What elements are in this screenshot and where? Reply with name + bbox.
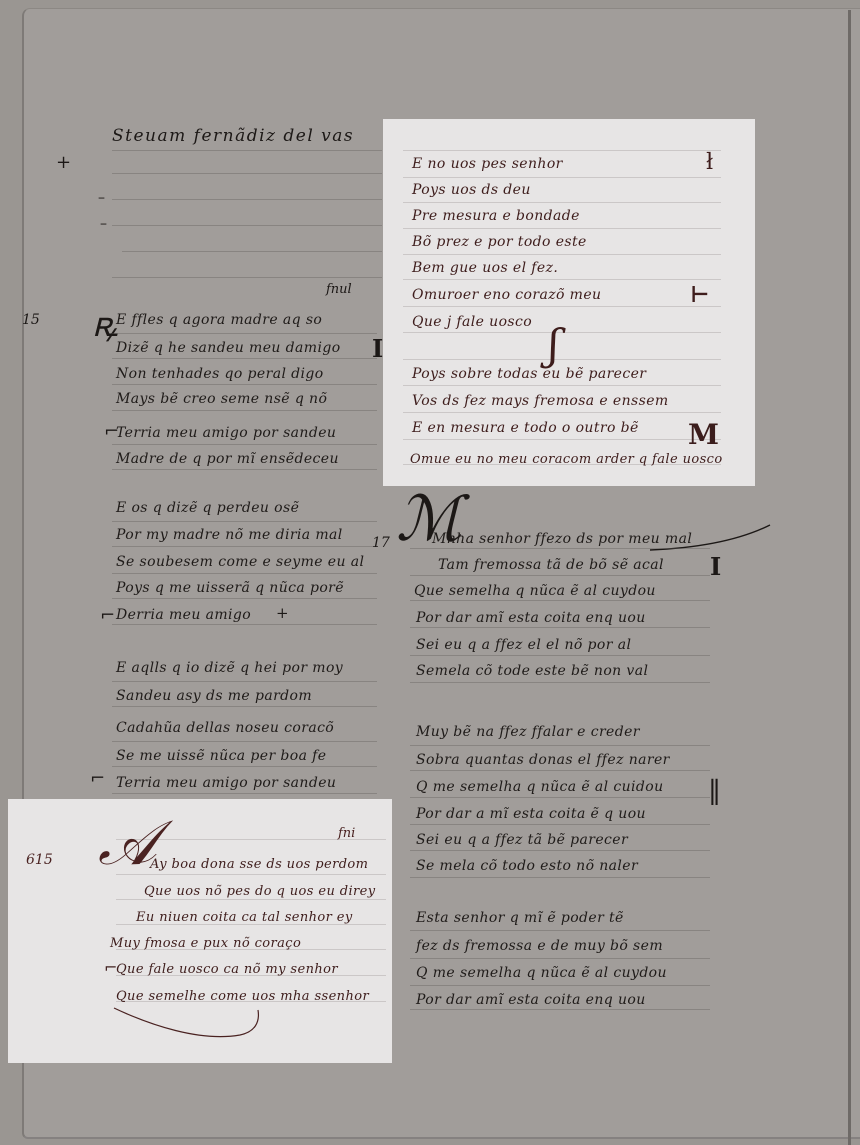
margin-capital: M <box>688 418 719 451</box>
verse-line: Esta senhor q mĩ ẽ poder tẽ <box>416 910 624 926</box>
cross-mark: + <box>56 152 71 173</box>
ruling-line <box>410 824 710 825</box>
verse-line: Bõ prez e por todo este <box>412 234 587 250</box>
flourish-line <box>110 1000 270 1045</box>
ruling-line <box>112 173 382 174</box>
verse-line: Por dar amĩ esta coita enq uou <box>416 992 646 1008</box>
ruling-line <box>112 681 377 682</box>
ruling-line <box>410 548 710 549</box>
poem-number: 15 <box>22 312 40 328</box>
verse-line: fez ds fremossa e de muy bõ sem <box>416 938 663 954</box>
ruling-line <box>112 598 377 599</box>
ruling-line <box>410 1009 710 1010</box>
ruling-line <box>112 199 382 200</box>
verse-line: Tam fremossa tã de bõ sẽ acal <box>438 557 664 573</box>
ruling-line <box>112 358 377 359</box>
verse-line: Poys uos ds deu <box>412 182 531 198</box>
verse-line: E en mesura e todo o outro bẽ <box>412 420 639 436</box>
verse-line: Ay boa dona sse ds uos perdom <box>150 857 368 872</box>
verse-line: Q me semelha q nũca ẽ al cuidou <box>416 779 664 795</box>
verse-line: Semela cõ tode este bẽ non val <box>416 663 648 679</box>
verse-line: Eu niuen coita ca tal senhor ey <box>136 910 353 925</box>
verse-line: E no uos pes senhor <box>412 156 563 172</box>
poem-number: 17 <box>372 535 390 551</box>
verse-line: Omue eu no meu coracom arder q fale uosc… <box>410 452 723 467</box>
ruling-line <box>410 850 710 851</box>
dash-mark: – <box>100 216 107 232</box>
bracket-mark: I <box>710 552 721 581</box>
poem-number: 615 <box>26 852 53 868</box>
verse-line: Se soubesem come e seyme eu al <box>116 554 364 570</box>
ruling-line <box>410 877 710 878</box>
ruling-line <box>410 655 710 656</box>
flourish-mark: ʃ <box>548 320 559 369</box>
double-bar-mark: ‖ <box>708 776 721 806</box>
verse-line: Poys q me uisserã q nũca porẽ <box>116 580 344 596</box>
ruling-line <box>112 333 377 334</box>
verse-line: Muy bẽ na ffez ffalar e creder <box>416 724 640 740</box>
verse-line: Cadahũa dellas noseu coracõ <box>116 720 334 736</box>
ruling-line <box>112 793 377 794</box>
verse-line: Sei eu q a ffez tã bẽ parecer <box>416 832 628 848</box>
page-edge <box>848 10 851 1145</box>
verse-line: Mnha senhor ffezo ds por meu mal <box>432 531 692 547</box>
ruling-line <box>410 985 710 986</box>
verse-line: E os q dizẽ q perdeu osẽ <box>116 500 299 516</box>
verse-line: Vos ds fez mays fremosa e enssem <box>412 393 669 409</box>
verse-line: Sandeu asy ds me pardom <box>116 688 312 704</box>
verse-line: Por dar a mĩ esta coita ẽ q uou <box>416 806 646 822</box>
decorated-initial: 𝒜 <box>98 812 157 874</box>
ruling-line <box>112 573 377 574</box>
ruling-line <box>112 741 377 742</box>
ruling-line <box>112 624 377 625</box>
ruling-line <box>410 682 710 683</box>
verse-line: Terria meu amigo por sandeu <box>116 775 336 791</box>
verse-line: Se mela cõ todo esto nõ naler <box>416 858 638 874</box>
verse-line: Por my madre nõ me diria mal <box>116 527 343 543</box>
ruling-line <box>112 225 382 226</box>
ruling-line <box>410 745 710 746</box>
verse-line: Pre mesura e bondade <box>412 208 580 224</box>
ruling-line <box>112 384 377 385</box>
ruling-line <box>122 251 382 252</box>
ruling-line <box>112 766 377 767</box>
verse-line: Se me uissẽ nũca per boa fe <box>116 748 326 764</box>
verse-line: Dizẽ q he sandeu meu damigo <box>116 340 341 356</box>
ruling-line <box>112 410 377 411</box>
ruling-line <box>112 277 382 278</box>
author-heading: Steuam fernãdiz del vas <box>112 126 354 146</box>
verse-line: Terria meu amigo por sandeu <box>116 425 336 441</box>
ruling-line <box>410 627 710 628</box>
verse-line: Muy fmosa e pux nõ coraço <box>110 936 301 951</box>
bracket-mark: ⊢ <box>690 282 709 308</box>
ruling-line <box>410 930 710 931</box>
cross-mark: + <box>276 604 289 622</box>
verse-line: Que semelha q nũca ẽ al cuydou <box>414 583 656 599</box>
verse-line: Que uos nõ pes do q uos eu direy <box>144 884 375 899</box>
verse-line: Omuroer eno corazõ meu <box>412 287 601 303</box>
verse-line: Que j fale uosco <box>412 314 532 330</box>
ruling-line <box>410 797 710 798</box>
verse-line: Q me semelha q nũca ẽ al cuydou <box>416 965 667 981</box>
bracket-mark: ł <box>706 150 713 175</box>
ruling-line <box>410 575 710 576</box>
ruling-line <box>410 600 710 601</box>
verse-line: Bem gue uos el fez. <box>412 260 558 276</box>
verse-line: Que fale uosco ca nõ my senhor <box>116 962 338 977</box>
ruling-line <box>410 958 710 959</box>
ruling-line <box>112 444 377 445</box>
ruling-line <box>410 770 710 771</box>
paragraph-mark: ⌐ <box>90 768 105 789</box>
pilcrow-flourish-icon: ꝶ <box>92 300 118 346</box>
verse-line: Mays bẽ creo seme nsẽ q nõ <box>116 391 327 407</box>
verse-line: Madre de q por mĩ ensẽdeceu <box>116 451 339 467</box>
verse-line: Poys sobre todas eu bẽ parecer <box>412 366 646 382</box>
annotation: fnul <box>326 282 352 297</box>
paragraph-mark: ⌐ <box>100 605 115 626</box>
bracket-mark: I <box>372 334 383 363</box>
ruling-line <box>112 706 377 707</box>
verse-line: Sobra quantas donas el ffez narer <box>416 752 670 768</box>
verse-line: Non tenhades qo peral digo <box>116 366 324 382</box>
ruling-line <box>112 469 377 470</box>
annotation: fni <box>338 826 355 841</box>
verse-line: Derria meu amigo <box>116 607 251 623</box>
verse-line: E aqlls q io dizẽ q hei por moy <box>116 660 343 676</box>
verse-line: E ffles q agora madre aq so <box>116 312 322 328</box>
verse-line: Por dar amĩ esta coita enq uou <box>416 610 646 626</box>
verse-line: Sei eu q a ffez el el nõ por al <box>416 637 631 653</box>
dash-mark: – <box>98 190 105 206</box>
ruling-line <box>112 521 377 522</box>
ruling-line <box>112 546 377 547</box>
ruling-line <box>112 150 382 151</box>
